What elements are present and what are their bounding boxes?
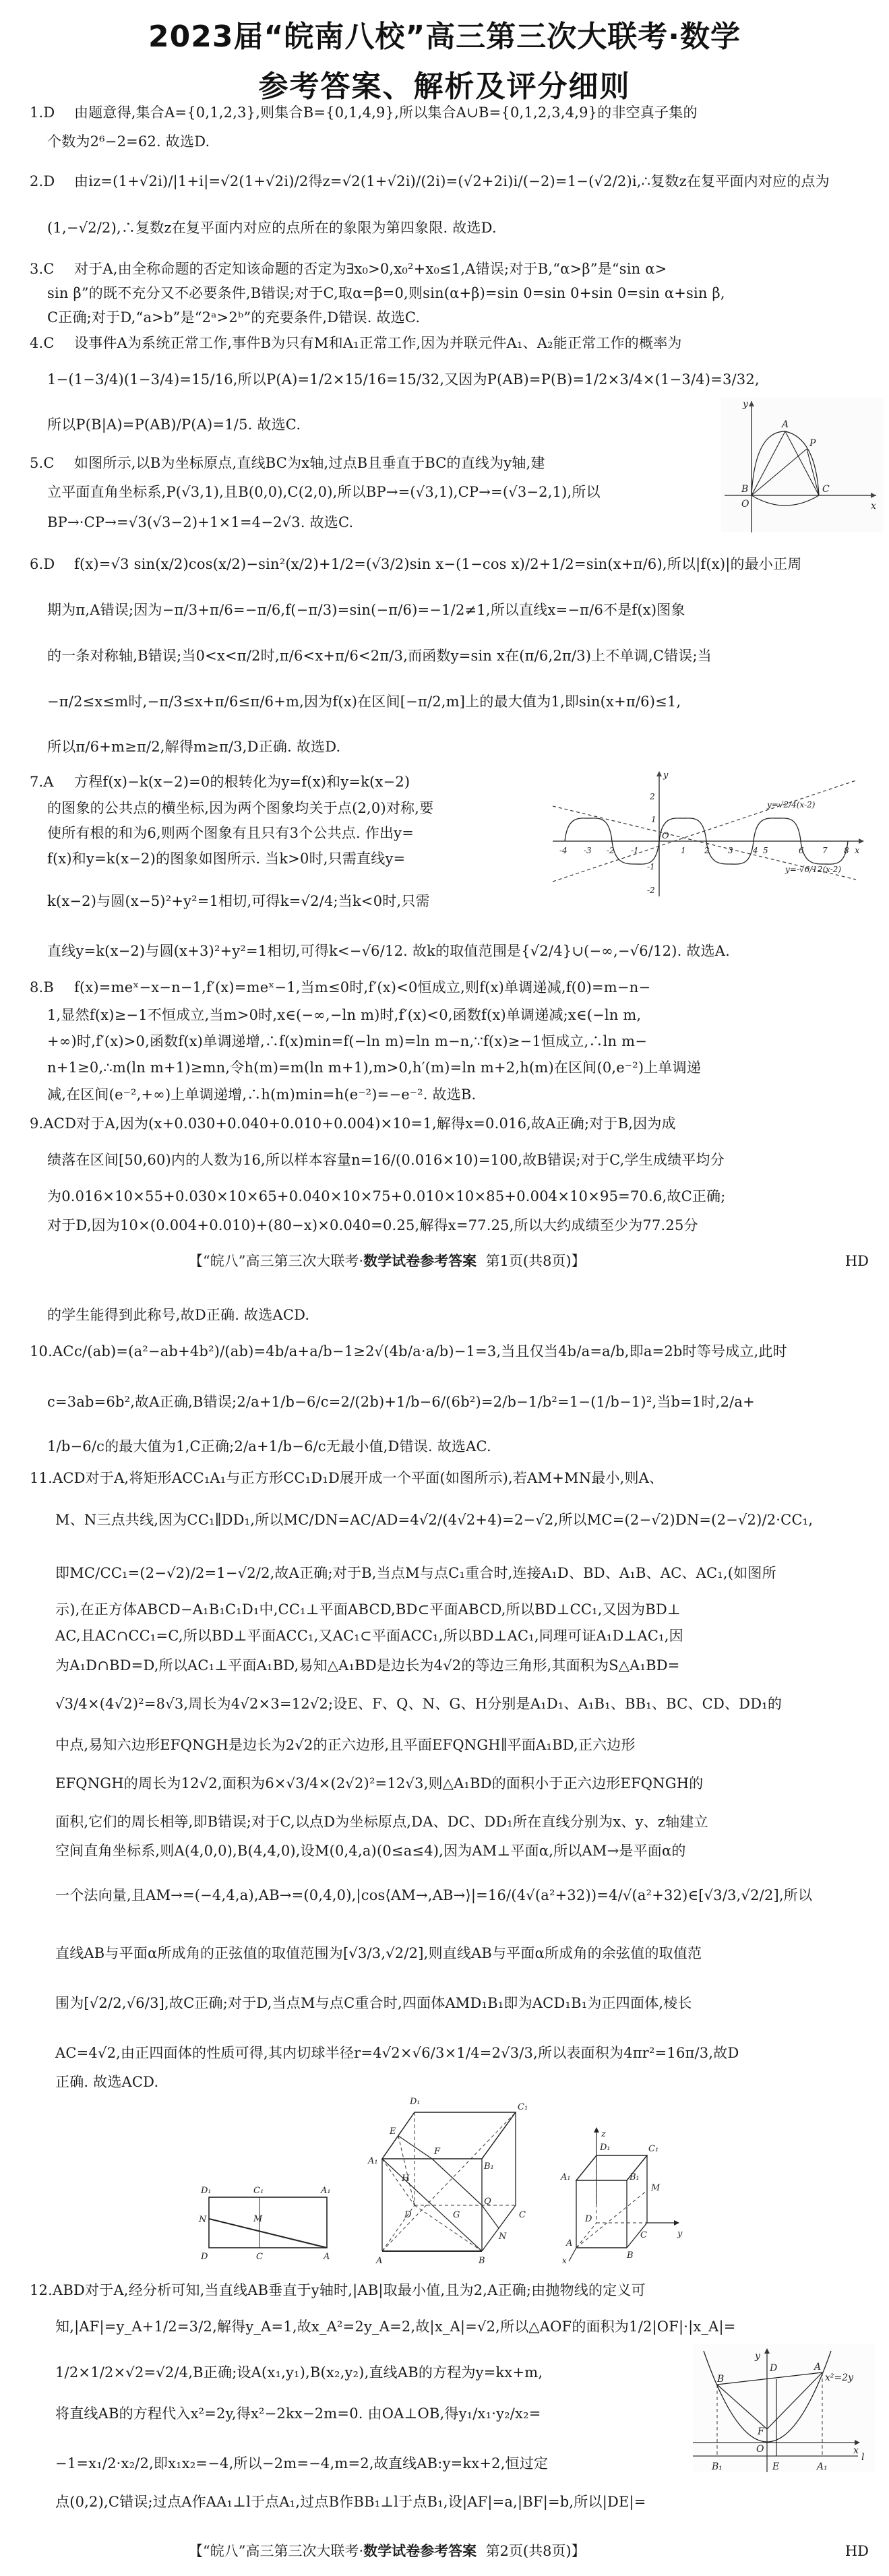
- solution-text: 方程f(x)−k(x−2)=0的根转化为y=f(x)和y=k(x−2): [74, 774, 410, 790]
- svg-text:2: 2: [704, 846, 710, 855]
- svg-text:F: F: [757, 2426, 765, 2437]
- svg-text:C₁: C₁: [648, 2144, 658, 2154]
- question-number: 5.C: [30, 453, 74, 473]
- svg-text:y=√2/4(x-2): y=√2/4(x-2): [766, 800, 816, 809]
- svg-text:E: E: [389, 2126, 396, 2137]
- footer-page-number: 第1页(共8页)】: [486, 1253, 586, 1269]
- solution-6-line: 6.Df(x)=√3 sin(x/2)cos(x/2)−sin²(x/2)+1/…: [30, 554, 802, 574]
- svg-text:A: A: [323, 2252, 330, 2262]
- solution-text: 对于A,将矩形ACC₁A₁与正方形CC₁D₁D展开成一个平面(如图所示),若AM…: [86, 1470, 664, 1486]
- solution-line: M、N三点共线,因为CC₁∥DD₁,所以MC/DN=AC/AD=4√2/(4√2…: [55, 1510, 813, 1530]
- solution-3-line: 3.C对于A,由全称命题的否定知该命题的否定为∃x₀>0,x₀²+x₀≤1,A错…: [30, 259, 667, 279]
- svg-text:-2: -2: [607, 846, 615, 855]
- solution-line: 空间直角坐标系,则A(4,0,0),B(4,4,0),设M(0,4,a)(0≤a…: [55, 1841, 686, 1861]
- question-number: 1.D: [30, 102, 74, 123]
- question-number: 9.ACD: [30, 1113, 76, 1134]
- solution-line: 的一条对称轴,B错误;当0<x<π/2时,π/6<x+π/6<2π/3,而函数y…: [47, 646, 712, 666]
- svg-text:z: z: [601, 2129, 606, 2139]
- solution-line: 对于D,因为10×(0.004+0.010)+(80−x)×0.040=0.25…: [47, 1215, 698, 1235]
- svg-text:H: H: [401, 2174, 410, 2184]
- solution-line: −1=x₁/2·x₂/2,即x₁x₂=−4,所以−2m=−4,m=2,故直线AB…: [55, 2453, 548, 2474]
- svg-text:x²=2y: x²=2y: [825, 2372, 854, 2383]
- solution-line: 使所有根的和为6,则两个图象有且只有3个公共点. 作出y=: [47, 823, 414, 843]
- solution-line: n+1≥0,∴m(ln m+1)≥mn,令h(m)=m(ln m+1),m>0,…: [47, 1057, 701, 1078]
- solution-line: sin β”的既不充分又不必要条件,B错误;对于C,取α=β=0,则sin(α+…: [47, 283, 725, 303]
- svg-text:A: A: [813, 2362, 821, 2372]
- solution-line: 示),在正方体ABCD−A₁B₁C₁D₁中,CC₁⊥平面ABCD,BD⊂平面AB…: [55, 1599, 681, 1620]
- solution-line: 所以P(B|A)=P(AB)/P(A)=1/5. 故选C.: [47, 415, 301, 435]
- svg-text:C₁: C₁: [253, 2186, 264, 2196]
- solution-line: 绩落在区间[50,60)内的人数为16,所以样本容量n=16/(0.016×10…: [47, 1150, 725, 1170]
- svg-text:A₁: A₁: [320, 2186, 331, 2196]
- solution-line: 将直线AB的方程代入x²=2y,得x²−2kx−2m=0. 由OA⊥OB,得y₁…: [55, 2403, 541, 2424]
- figure-q7-graph: -4 -3 -2 -1 1 2 3 4 5 6 7 8 2 1 -1 -2 x …: [553, 768, 869, 910]
- svg-text:D: D: [769, 2363, 777, 2374]
- svg-text:B₁: B₁: [629, 2172, 640, 2182]
- solution-line: 1,显然f(x)≥−1不恒成立,当m>0时,x∈(−∞,−ln m)时,f′(x…: [47, 1005, 641, 1025]
- svg-text:C: C: [256, 2252, 263, 2262]
- footer-page-number: 第2页(共8页)】: [486, 2543, 586, 2559]
- svg-text:y: y: [742, 399, 749, 410]
- solution-line: 直线AB与平面α所成角的正弦值的取值范围为[√3/3,√2/2],则直线AB与平…: [55, 1943, 702, 1963]
- document-title: 2023届“皖南八校”高三第三次大联考·数学: [0, 12, 889, 55]
- solution-text: f(x)=√3 sin(x/2)cos(x/2)−sin²(x/2)+1/2=(…: [74, 556, 802, 572]
- svg-text:-1: -1: [647, 862, 655, 871]
- solution-text: c/(ab)=(a²−ab+4b²)/(ab)=4b/a+a/b−1≥2√(4b…: [74, 1343, 787, 1359]
- svg-text:B: B: [741, 484, 748, 495]
- footer-code: HD: [845, 1251, 869, 1271]
- solution-line: 期为π,A错误;因为−π/3+π/6=−π/6,f(−π/3)=sin(−π/6…: [47, 600, 685, 620]
- svg-text:-4: -4: [559, 846, 568, 855]
- solution-line: 的图象的公共点的横坐标,因为两个图象均关于点(2,0)对称,要: [47, 798, 433, 818]
- solution-12-line: 12.ABD对于A,经分析可知,当直线AB垂直于y轴时,|AB|取最小值,且为2…: [30, 2280, 646, 2300]
- svg-text:A₁: A₁: [816, 2461, 828, 2472]
- svg-text:B₁: B₁: [711, 2461, 723, 2472]
- svg-text:7: 7: [822, 846, 828, 855]
- question-number: 4.C: [30, 333, 74, 353]
- figure-q11-coordinate-cube: z D₁ C₁ A₁ B₁ M D y C A B x: [559, 2123, 701, 2265]
- svg-text:M: M: [650, 2183, 661, 2193]
- svg-text:2: 2: [649, 792, 655, 801]
- svg-text:y: y: [677, 2229, 683, 2239]
- svg-text:y: y: [663, 770, 669, 780]
- solution-line: 为0.016×10×55+0.030×10×65+0.040×10×75+0.0…: [47, 1186, 726, 1206]
- svg-text:O: O: [662, 831, 669, 841]
- svg-text:O: O: [756, 2444, 764, 2455]
- solution-line: C正确;对于D,“a>b”是“2ᵃ>2ᵇ”的充要条件,D错误. 故选C.: [47, 307, 420, 328]
- solution-line: 为A₁D∩BD=D,所以AC₁⊥平面A₁BD,易知△A₁BD是边长为4√2的等边…: [55, 1655, 680, 1676]
- solution-line: 的学生能得到此称号,故D正确. 故选ACD.: [47, 1305, 309, 1325]
- svg-text:E: E: [772, 2461, 779, 2472]
- question-number: 12.ABD: [30, 2280, 85, 2300]
- solution-2-line: 2.D由iz=(1+√2i)/|1+i|=√2(1+√2i)/2得z=√2(1+…: [30, 171, 830, 191]
- svg-text:x: x: [562, 2256, 567, 2265]
- solution-line: 知,|AF|=y_A+1/2=3/2,解得y_A=1,故x_A²=2y_A=2,…: [55, 2317, 736, 2337]
- footer-subject: 数学试卷参考答案: [363, 1253, 477, 1269]
- solution-line: 即MC/CC₁=(2−√2)/2=1−√2/2,故A正确;对于B,当点M与点C₁…: [55, 1563, 776, 1583]
- solution-line: 立平面直角坐标系,P(√3,1),且B(0,0),C(2,0),所以BP→=(√…: [47, 482, 601, 502]
- question-number: 2.D: [30, 171, 74, 191]
- svg-text:D₁: D₁: [409, 2097, 421, 2107]
- svg-text:-1: -1: [631, 846, 639, 855]
- solution-10-line: 10.ACc/(ab)=(a²−ab+4b²)/(ab)=4b/a+a/b−1≥…: [30, 1341, 787, 1361]
- svg-text:1: 1: [681, 846, 686, 855]
- svg-text:A: A: [375, 2256, 382, 2265]
- solution-line: 直线y=k(x−2)与圆(x+3)²+y²=1相切,可得k<−√6/12. 故k…: [47, 941, 730, 961]
- solution-line: EFQNGH的周长为12√2,面积为6×√3/4×(2√2)²=12√3,则△A…: [55, 1773, 703, 1793]
- svg-text:l: l: [861, 2452, 864, 2463]
- solution-line: 一个法向量,且AM→=(−4,4,a),AB→=(0,4,0),|cos⟨AM→…: [55, 1885, 812, 1905]
- svg-text:N: N: [198, 2215, 207, 2225]
- question-number: 8.B: [30, 977, 74, 998]
- svg-text:C: C: [519, 2210, 526, 2220]
- solution-4-line: 4.C设事件A为系统正常工作,事件B为只有M和A₁正常工作,因为并联元件A₁、A…: [30, 333, 682, 353]
- figure-q11-unfolded: D₁ C₁ A₁ D C A N M: [189, 2184, 344, 2271]
- footer-label: 【“皖八”高三第三次大联考·数学试卷参考答案 第1页(共8页)】: [189, 1251, 586, 1271]
- solution-line: √3/4×(4√2)²=8√3,周长为4√2×3=12√2;设E、F、Q、N、G…: [55, 1694, 782, 1714]
- solution-line: +∞)时,f′(x)>0,函数f(x)单调递增,∴f(x)min=f(−ln m…: [47, 1031, 647, 1051]
- svg-text:F: F: [433, 2147, 441, 2157]
- solution-text: 如图所示,以B为坐标原点,直线BC为x轴,过点B且垂直于BC的直线为y轴,建: [74, 455, 545, 471]
- footer-label: 【“皖八”高三第三次大联考·数学试卷参考答案 第2页(共8页)】: [189, 2541, 586, 2561]
- svg-text:A: A: [565, 2238, 572, 2248]
- solution-text: 对于A,经分析可知,当直线AB垂直于y轴时,|AB|取最小值,且为2,A正确;由…: [85, 2282, 646, 2298]
- solution-line: AC=4√2,由正四面体的性质可得,其内切球半径r=4√2×√6/3×1/4=2…: [55, 2043, 739, 2063]
- svg-text:6: 6: [799, 846, 804, 855]
- solution-8-line: 8.Bf(x)=meˣ−x−n−1,f′(x)=meˣ−1,当m≤0时,f′(x…: [30, 977, 650, 998]
- svg-text:-2: -2: [647, 886, 655, 895]
- footer-prefix: 【“皖八”高三第三次大联考·: [189, 2543, 363, 2559]
- solution-line: 减,在区间(e⁻²,+∞)上单调递增,∴h(m)min=h(e⁻²)=−e⁻².…: [47, 1084, 476, 1105]
- figure-q12-parabola: y D A x²=2y B F O x l B₁ E A₁: [693, 2344, 875, 2472]
- solution-text: 对于A,由全称命题的否定知该命题的否定为∃x₀>0,x₀²+x₀≤1,A错误;对…: [74, 261, 667, 277]
- svg-text:Q: Q: [484, 2197, 491, 2207]
- solution-7-line: 7.A方程f(x)−k(x−2)=0的根转化为y=f(x)和y=k(x−2): [30, 772, 410, 792]
- svg-text:A₁: A₁: [367, 2156, 378, 2166]
- svg-text:x: x: [853, 2445, 859, 2456]
- solution-line: AC,且AC∩CC₁=C,所以BD⊥平面ACC₁,又AC₁⊂平面ACC₁,所以B…: [55, 1626, 683, 1646]
- question-number: 6.D: [30, 554, 74, 574]
- svg-text:8: 8: [844, 846, 849, 855]
- svg-text:C₁: C₁: [518, 2102, 528, 2112]
- svg-text:B: B: [716, 2374, 724, 2385]
- svg-text:x: x: [855, 846, 860, 856]
- svg-text:3: 3: [728, 846, 733, 855]
- svg-text:D: D: [200, 2252, 208, 2262]
- solution-text: 设事件A为系统正常工作,事件B为只有M和A₁正常工作,因为并联元件A₁、A₂能正…: [74, 335, 682, 351]
- svg-text:C: C: [640, 2230, 647, 2240]
- solution-line: BP→·CP→=√3(√3−2)+1×1=4−2√3. 故选C.: [47, 512, 353, 532]
- svg-text:4: 4: [752, 846, 758, 855]
- solution-line: 中点,易知六边形EFQNGH是边长为2√2的正六边形,且平面EFQNGH∥平面A…: [55, 1735, 636, 1755]
- svg-text:y: y: [754, 2351, 761, 2362]
- solution-9-line: 9.ACD对于A,因为(x+0.030+0.040+0.010+0.004)×1…: [30, 1113, 676, 1134]
- solution-line: 1/b−6/c的最大值为1,C正确;2/a+1/b−6/c无最小值,D错误. 故…: [47, 1436, 491, 1456]
- svg-text:-3: -3: [584, 846, 592, 855]
- solution-text: 由iz=(1+√2i)/|1+i|=√2(1+√2i)/2得z=√2(1+√2i…: [74, 173, 830, 189]
- solution-line: 个数为2⁶−2=62. 故选D.: [47, 131, 210, 152]
- figure-q5-diagram: y A P B C O x: [721, 398, 883, 532]
- solution-line: 1/2×1/2×√2=√2/4,B正确;设A(x₁,y₁),B(x₂,y₂),直…: [55, 2362, 543, 2383]
- svg-text:5: 5: [763, 846, 768, 855]
- solution-line: 围为[√2/2,√6/3],故C正确;对于D,当点M与点C重合时,四面体AMD₁…: [55, 1993, 692, 2013]
- footer-subject: 数学试卷参考答案: [363, 2543, 477, 2559]
- svg-text:D: D: [584, 2214, 592, 2224]
- solution-11-line: 11.ACD对于A,将矩形ACC₁A₁与正方形CC₁D₁D展开成一个平面(如图所…: [30, 1468, 663, 1488]
- solution-line: k(x−2)与圆(x−5)²+y²=1相切,可得k=√2/4;当k<0时,只需: [47, 891, 430, 911]
- svg-text:B: B: [626, 2250, 634, 2261]
- svg-text:N: N: [498, 2232, 507, 2242]
- solution-5-line: 5.C如图所示,以B为坐标原点,直线BC为x轴,过点B且垂直于BC的直线为y轴,…: [30, 453, 545, 473]
- solution-text: 对于A,因为(x+0.030+0.040+0.010+0.004)×10=1,解…: [76, 1115, 676, 1132]
- svg-text:B: B: [478, 2256, 485, 2265]
- question-number: 3.C: [30, 259, 74, 279]
- svg-text:B₁: B₁: [483, 2161, 494, 2172]
- solution-line: 面积,它们的周长相等,即B错误;对于C,以点D为坐标原点,DA、DC、DD₁所在…: [55, 1812, 708, 1832]
- figure-q11-cube: D₁ C₁ E F A₁ B₁ H Q G D C N A B: [364, 2089, 532, 2265]
- svg-text:D₁: D₁: [599, 2143, 611, 2153]
- solution-line: c=3ab=6b²,故A正确,B错误;2/a+1/b−6/c=2/(2b)+1/…: [47, 1392, 755, 1412]
- svg-text:A₁: A₁: [560, 2172, 571, 2182]
- svg-text:x: x: [871, 501, 876, 512]
- svg-text:D: D: [404, 2210, 412, 2220]
- question-number: 11.ACD: [30, 1468, 86, 1488]
- svg-text:M: M: [253, 2214, 263, 2224]
- svg-text:P: P: [809, 438, 816, 449]
- solution-1-line: 1.D由题意得,集合A={0,1,2,3},则集合B={0,1,4,9},所以集…: [30, 102, 698, 123]
- solution-line: 所以π/6+m≥π/2,解得m≥π/3,D正确. 故选D.: [47, 737, 340, 757]
- svg-text:1: 1: [651, 815, 656, 824]
- question-number: 10.AC: [30, 1341, 74, 1361]
- solution-text: 由题意得,集合A={0,1,2,3},则集合B={0,1,4,9},所以集合A∪…: [74, 104, 698, 121]
- svg-text:y=-√6/12(x-2): y=-√6/12(x-2): [785, 865, 841, 874]
- solution-line: f(x)和y=k(x−2)的图象如图所示. 当k>0时,只需直线y=: [47, 849, 405, 869]
- solution-line: 1−(1−3/4)(1−3/4)=15/16,所以P(A)=1/2×15/16=…: [47, 369, 760, 390]
- question-number: 7.A: [30, 772, 74, 792]
- svg-text:O: O: [741, 499, 749, 510]
- footer-code: HD: [845, 2541, 869, 2561]
- svg-text:C: C: [822, 484, 830, 495]
- solution-line: 点(0,2),C错误;过点A作AA₁⊥l于点A₁,过点B作BB₁⊥l于点B₁,设…: [55, 2492, 646, 2512]
- solution-line: 正确. 故选ACD.: [55, 2072, 158, 2092]
- solution-line: −π/2≤x≤m时,−π/3≤x+π/6≤π/6+m,因为f(x)在区间[−π/…: [47, 692, 681, 712]
- document-subtitle: 参考答案、解析及评分细则: [0, 62, 889, 105]
- svg-text:A: A: [780, 419, 789, 430]
- solution-line: (1,−√2/2),∴复数z在复平面内对应的点所在的象限为第四象限. 故选D.: [47, 218, 497, 238]
- footer-prefix: 【“皖八”高三第三次大联考·: [189, 1253, 363, 1269]
- svg-text:G: G: [453, 2210, 460, 2220]
- svg-text:D₁: D₁: [200, 2186, 212, 2196]
- solution-text: f(x)=meˣ−x−n−1,f′(x)=meˣ−1,当m≤0时,f′(x)<0…: [74, 979, 650, 995]
